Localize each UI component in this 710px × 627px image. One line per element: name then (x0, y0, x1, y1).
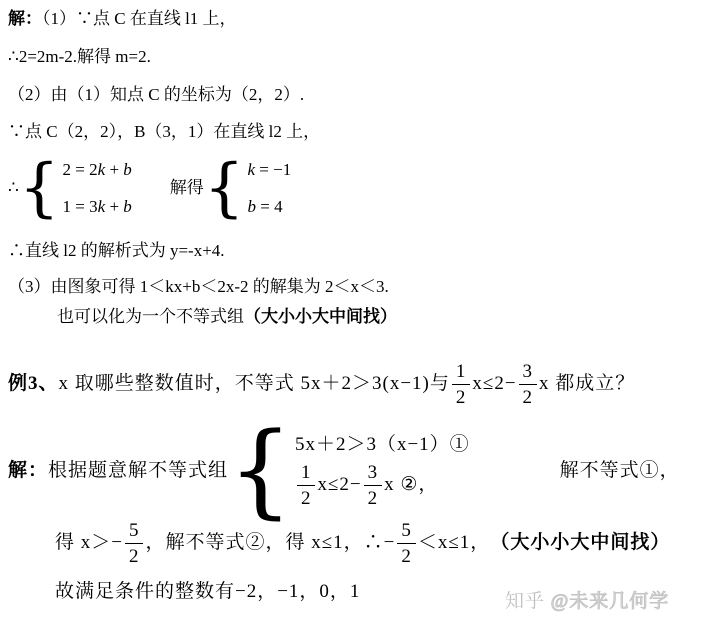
plus-operator: + (105, 160, 123, 179)
variable-b: b (123, 160, 132, 179)
fraction-three-halves: 32 (519, 362, 538, 407)
fraction-numerator: 5 (397, 521, 416, 543)
solution-line-1: 解：（1）∵点 C 在直线 l1 上， (8, 8, 237, 29)
solution-line-1-text: （1）∵点 C 在直线 l1 上， (42, 9, 237, 28)
integer-answers-line: 故满足条件的整数有−2，−1，0，1 (55, 580, 360, 604)
equations-stack: 2 = 2k + b 1 = 3k + b (63, 161, 132, 215)
fraction-numerator: 1 (297, 463, 316, 485)
solution-b: b = 4 (248, 198, 292, 215)
variable-k: k (248, 160, 256, 179)
zhihu-watermark: 知乎 @未来几何学 (505, 586, 669, 613)
mnemonic-note: （大小小大中间找） (244, 307, 397, 326)
solve-inequality-1-text: 解不等式①， (560, 459, 680, 483)
example-3-question: 例3、x 取哪些整数值时，不等式 5x＋2＞3(x−1)与12x≤2−32x 都… (8, 350, 635, 418)
solution-b-value: = 4 (256, 197, 283, 216)
question-text-2: x≤2− (472, 372, 516, 396)
inequalities-stack: 5x＋2＞3（x−1）① 12x≤2−32x ②， (295, 435, 470, 508)
zhihu-logo-text: 知乎 (505, 591, 551, 612)
fraction-denominator: 2 (125, 543, 144, 566)
fraction-one-half: 12 (297, 463, 316, 508)
fraction-one-half: 12 (452, 362, 471, 407)
solution-line-8: （3）由图象可得 1＜kx+b＜2x-2 的解集为 2＜x＜3. (8, 276, 389, 297)
result-text-3: ＜x≤1， (418, 531, 490, 555)
solution-line-2: ∴2=2m-2.解得 m=2. (8, 46, 151, 67)
fraction-three-halves: 32 (364, 463, 383, 508)
solution-k-value: = −1 (255, 160, 291, 179)
fraction-denominator: 2 (297, 485, 316, 508)
equation-2-lead: 1 = 3 (63, 197, 98, 216)
equation-2: 1 = 3k + b (63, 198, 132, 215)
fraction-five-halves: 52 (125, 521, 144, 566)
therefore-symbol: ∴ (8, 177, 19, 198)
solution-k: k = −1 (248, 161, 292, 178)
math-solution-document: 解：（1）∵点 C 在直线 l1 上， ∴2=2m-2.解得 m=2. （2）由… (0, 0, 710, 627)
solution-line-9-text: 也可以化为一个不等式组 (57, 307, 244, 326)
result-text-1: 得 x＞− (55, 531, 123, 555)
variable-b: b (123, 197, 132, 216)
equation-1-lead: 2 = 2 (63, 160, 98, 179)
question-text-3: x 都成立？ (539, 372, 635, 396)
fraction-numerator: 3 (519, 362, 538, 384)
solve-label: 解： (8, 9, 42, 28)
fraction-denominator: 2 (519, 384, 538, 407)
inequality-2-mid: x≤2− (317, 473, 361, 497)
left-brace: { (204, 161, 245, 215)
equation-1: 2 = 2k + b (63, 161, 132, 178)
solve-label: 解： (8, 459, 48, 483)
fraction-denominator: 2 (397, 543, 416, 566)
system-lead-text: 根据题意解不等式组 (48, 459, 228, 483)
equation-system-l2: ∴ { 2 = 2k + b 1 = 3k + b 解得 { k = −1 b … (8, 150, 291, 226)
inequality-2: 12x≤2−32x ②， (295, 463, 470, 508)
solution-line-4: ∵点 C（2，2），B（3，1）在直线 l2 上， (8, 121, 320, 142)
plus-operator: + (105, 197, 123, 216)
solution-line-7: ∴直线 l2 的解析式为 y=-x+4. (8, 240, 225, 261)
fraction-numerator: 1 (452, 362, 471, 384)
solution-result-line: 得 x＞−52，解不等式②，得 x≤1，∴−52＜x≤1，（大小小大中间找） (55, 514, 670, 572)
solution-line-3: （2）由（1）知点 C 的坐标为（2，2）. (8, 84, 304, 105)
question-text-1: x 取哪些整数值时，不等式 5x＋2＞3(x−1)与 (59, 372, 450, 396)
solution-line-9: 也可以化为一个不等式组（大小小大中间找） (57, 306, 397, 327)
fraction-denominator: 2 (364, 485, 383, 508)
result-text-2: ，解不等式②，得 x≤1，∴− (145, 531, 395, 555)
left-brace: { (228, 428, 294, 515)
watermark-username: @未来几何学 (551, 591, 670, 612)
inequality-system-block: 解：根据题意解不等式组 { 5x＋2＞3（x−1）① 12x≤2−32x ②， … (8, 424, 680, 518)
mnemonic-note: （大小小大中间找） (490, 531, 670, 555)
fraction-five-halves: 52 (397, 521, 416, 566)
inequality-2-tail: x ②， (384, 473, 438, 497)
fraction-denominator: 2 (452, 384, 471, 407)
fraction-numerator: 5 (125, 521, 144, 543)
inequality-1: 5x＋2＞3（x−1）① (295, 435, 470, 454)
solve-obtain-label: 解得 (170, 177, 204, 198)
left-brace: { (19, 161, 60, 215)
example-3-label: 例3、 (8, 372, 59, 396)
fraction-numerator: 3 (364, 463, 383, 485)
variable-b: b (248, 197, 257, 216)
solutions-stack: k = −1 b = 4 (248, 161, 292, 215)
